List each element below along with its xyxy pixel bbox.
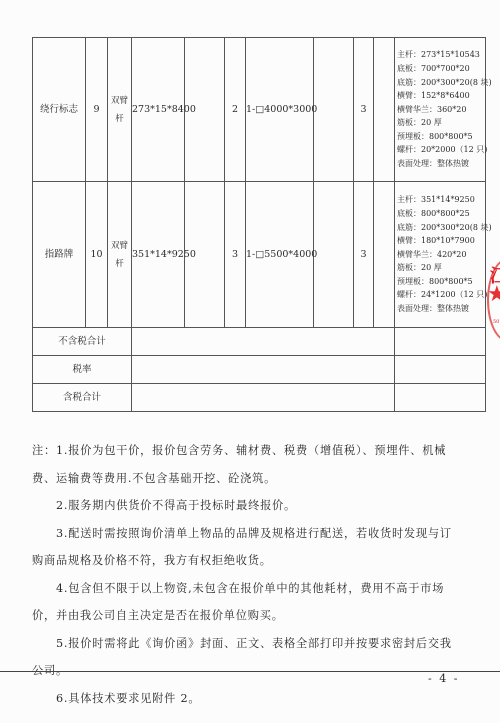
empty-cell bbox=[314, 38, 354, 182]
item-qty: 3 bbox=[225, 182, 246, 328]
spec-line: 底板：700*700*20 bbox=[397, 62, 485, 76]
document-page: 绕行标志 9 双臂杆 273*15*8400 2 1-□4000*3000 3 … bbox=[0, 0, 500, 723]
empty-cell bbox=[374, 38, 395, 182]
note-3: 3.配送时需按照询价清单上物品的品牌及规格进行配送，若收货时发现与订购商品规格及… bbox=[32, 520, 462, 575]
item-count: 3 bbox=[354, 182, 374, 328]
pole-spec: 273*15*8400 bbox=[132, 38, 185, 182]
summary-row-tax-rate: 税率 bbox=[33, 356, 486, 384]
spec-line: 横臂华兰：420*20 bbox=[397, 248, 485, 262]
empty-cell bbox=[314, 182, 354, 328]
spec-line: 横臂：180*10*7900 bbox=[397, 234, 485, 248]
item-qty: 2 bbox=[225, 38, 246, 182]
pole-spec: 351*14*9250 bbox=[132, 182, 185, 328]
spec-line: 底板：800*800*25 bbox=[397, 207, 485, 221]
item-type: 双臂杆 bbox=[108, 38, 132, 182]
spec-line: 预埋板：800*800*5 bbox=[397, 130, 485, 144]
spec-line: 主杆：273*15*10543 bbox=[397, 48, 485, 62]
footer-divider bbox=[0, 671, 500, 672]
summary-label: 不含税合计 bbox=[33, 328, 132, 356]
board-spec: 1-□5500*4000 bbox=[246, 182, 314, 328]
spec-line: 表面处理：整体热镀 bbox=[397, 302, 485, 316]
note-5: 5.报价时需将此《询价函》封面、正文、表格全部打印并按要求密封后交我公司。 bbox=[32, 630, 462, 685]
detail-specs: 主杆：273*15*10543 底板：700*700*20 底筋：200*300… bbox=[395, 38, 486, 182]
summary-label: 税率 bbox=[33, 356, 132, 384]
item-index: 10 bbox=[86, 182, 108, 328]
summary-value bbox=[132, 356, 395, 384]
spec-line: 底筋：200*300*20(8 块) bbox=[397, 221, 485, 235]
item-count: 3 bbox=[354, 38, 374, 182]
summary-row-total: 含税合计 bbox=[33, 384, 486, 412]
spec-line: 螺杆：20*2000（12 只) bbox=[397, 143, 485, 157]
spec-line: 螺杆：24*1200（12 只) bbox=[397, 288, 485, 302]
item-name: 指路牌 bbox=[33, 182, 86, 328]
company-seal: 江 ★ 507 bbox=[477, 258, 500, 338]
item-name: 绕行标志 bbox=[33, 38, 86, 182]
note-2: 2.服务期内供货价不得高于投标时最终报价。 bbox=[32, 492, 462, 520]
summary-label: 含税合计 bbox=[33, 384, 132, 412]
summary-extra bbox=[395, 328, 486, 356]
spec-line: 筋板：20 厚 bbox=[397, 261, 485, 275]
summary-row-pretax: 不含税合计 bbox=[33, 328, 486, 356]
seal-number: 507 bbox=[493, 319, 500, 325]
page-number: - 4 - bbox=[428, 672, 459, 685]
spec-line: 预埋板：800*800*5 bbox=[397, 275, 485, 289]
note-6: 6.具体技术要求见附件 2。 bbox=[32, 685, 462, 713]
summary-extra bbox=[395, 384, 486, 412]
seal-star-icon: ★ bbox=[487, 282, 500, 307]
spec-line: 表面处理：整体热镀 bbox=[397, 157, 485, 171]
summary-extra bbox=[395, 356, 486, 384]
spec-line: 主杆：351*14*9250 bbox=[397, 193, 485, 207]
empty-cell bbox=[374, 182, 395, 328]
note-1: 注：1.报价为包干价，报价包含劳务、辅材费、税费（增值税）、预埋件、机械费、运输… bbox=[32, 437, 462, 492]
spec-line: 横臂：152*8*6400 bbox=[397, 89, 485, 103]
board-spec: 1-□4000*3000 bbox=[246, 38, 314, 182]
table-row: 指路牌 10 双臂杆 351*14*9250 3 1-□5500*4000 3 … bbox=[33, 182, 486, 328]
spec-line: 筋板：20 厚 bbox=[397, 116, 485, 130]
detail-specs: 主杆：351*14*9250 底板：800*800*25 底筋：200*300*… bbox=[395, 182, 486, 328]
summary-value bbox=[132, 328, 395, 356]
note-4: 4.包含但不限于以上物资,未包含在报价单中的其他耗材，费用不高于市场价，并由我公… bbox=[32, 575, 462, 630]
spec-line: 横臂华兰：360*20 bbox=[397, 103, 485, 117]
quote-table: 绕行标志 9 双臂杆 273*15*8400 2 1-□4000*3000 3 … bbox=[32, 37, 486, 412]
table-row: 绕行标志 9 双臂杆 273*15*8400 2 1-□4000*3000 3 … bbox=[33, 38, 486, 182]
spec-line: 底筋：200*300*20(8 块) bbox=[397, 76, 485, 90]
item-index: 9 bbox=[86, 38, 108, 182]
summary-value bbox=[132, 384, 395, 412]
item-type: 双臂杆 bbox=[108, 182, 132, 328]
